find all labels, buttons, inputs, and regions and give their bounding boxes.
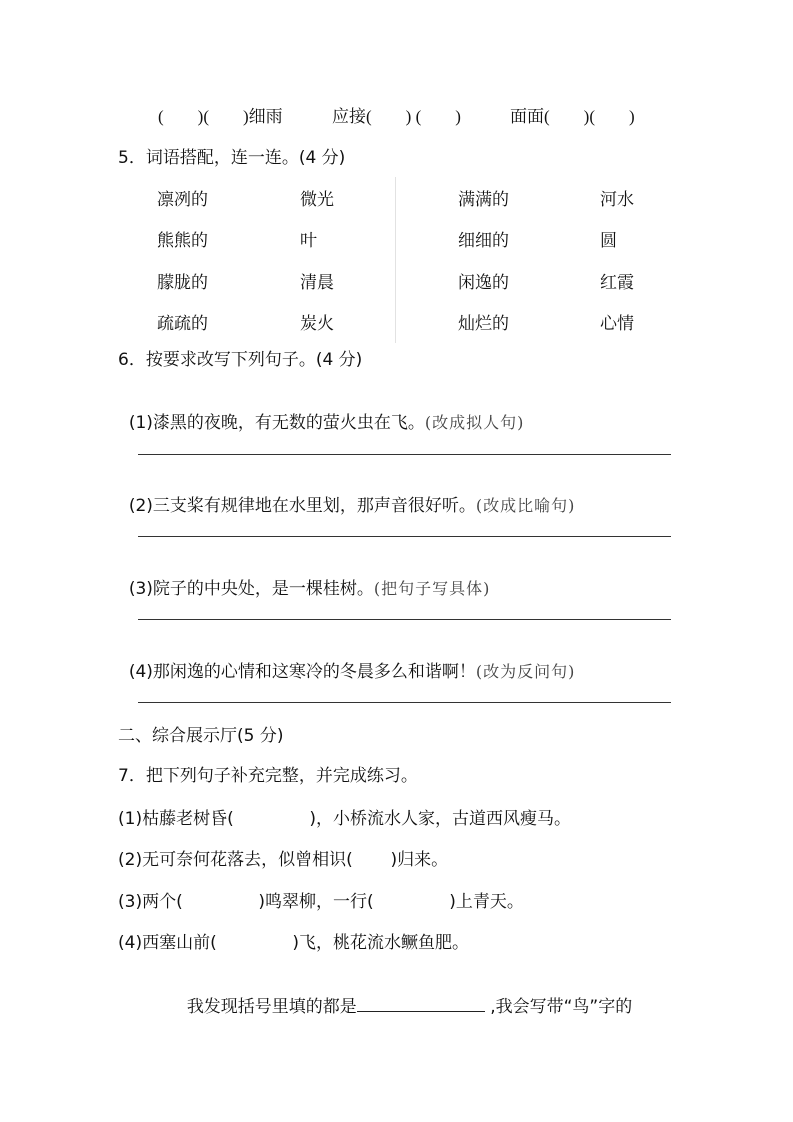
q6-item-1: (1)漆黑的夜晚，有无数的萤火虫在飞。(改成拟人句) bbox=[118, 393, 524, 433]
answer-line-2[interactable] bbox=[138, 536, 671, 537]
column-divider bbox=[395, 177, 396, 343]
q7-discovery-suffix: ,我会写带“鸟”字的 bbox=[485, 997, 632, 1017]
match-left-noun[interactable]: 炭火 bbox=[300, 314, 334, 334]
match-right-noun[interactable]: 河水 bbox=[600, 190, 634, 210]
q6-item-sentence: (3)院子的中央处，是一棵桂树。 bbox=[129, 579, 374, 599]
match-left-adjective[interactable]: 凛冽的 bbox=[157, 190, 208, 210]
match-left-noun[interactable]: 微光 bbox=[300, 190, 334, 210]
q6-item-sentence: (4)那闲逸的心情和这寒冷的冬晨多么和谐啊！ bbox=[129, 662, 476, 682]
section-2-title: 二、综合展示厅(5 分) bbox=[118, 726, 283, 746]
q7-item-1[interactable]: (1)枯藤老树昏( )，小桥流水人家，古道西风瘦马。 bbox=[118, 809, 571, 829]
q6-item-hint: (改成比喻句) bbox=[476, 496, 576, 515]
fill-blank-segment-1: ( )( )细雨 bbox=[158, 107, 283, 127]
q5-title: 5．词语搭配，连一连。(4 分) bbox=[118, 148, 345, 168]
match-right-adjective[interactable]: 细细的 bbox=[458, 231, 509, 251]
match-left-adjective[interactable]: 熊熊的 bbox=[157, 231, 208, 251]
match-right-adjective[interactable]: 满满的 bbox=[458, 190, 509, 210]
q7-title: 7．把下列句子补充完整，并完成练习。 bbox=[118, 766, 418, 786]
match-right-noun[interactable]: 心情 bbox=[600, 314, 634, 334]
q6-item-2: (2)三支桨有规律地在水里划，那声音很好听。(改成比喻句) bbox=[118, 476, 575, 516]
answer-line-1[interactable] bbox=[138, 454, 671, 455]
q6-item-sentence: (1)漆黑的夜晚，有无数的萤火虫在飞。 bbox=[129, 413, 425, 433]
answer-line-4[interactable] bbox=[138, 702, 671, 703]
match-left-noun[interactable]: 叶 bbox=[300, 231, 317, 251]
q6-item-hint: (把句子写具体) bbox=[374, 579, 491, 598]
q7-item-3[interactable]: (3)两个( )鸣翠柳，一行( )上青天。 bbox=[118, 892, 524, 912]
q7-item-4[interactable]: (4)西塞山前( )飞，桃花流水鳜鱼肥。 bbox=[118, 933, 469, 953]
fill-blank-segment-2: 应接( ) ( ) bbox=[332, 107, 461, 127]
match-right-noun[interactable]: 红霞 bbox=[600, 273, 634, 293]
q7-discovery-prefix: 我发现括号里填的都是 bbox=[187, 997, 357, 1017]
q6-item-hint: (改成拟人句) bbox=[425, 413, 525, 432]
q6-title: 6．按要求改写下列句子。(4 分) bbox=[118, 350, 362, 370]
match-right-adjective[interactable]: 闲逸的 bbox=[458, 273, 509, 293]
match-left-adjective[interactable]: 疏疏的 bbox=[157, 314, 208, 334]
q7-item-2[interactable]: (2)无可奈何花落去，似曾相识( )归来。 bbox=[118, 850, 448, 870]
answer-line-3[interactable] bbox=[138, 619, 671, 620]
match-left-adjective[interactable]: 朦胧的 bbox=[157, 273, 208, 293]
q7-discovery: 我发现括号里填的都是 ,我会写带“鸟”字的 bbox=[176, 975, 632, 1017]
q6-item-sentence: (2)三支桨有规律地在水里划，那声音很好听。 bbox=[129, 496, 476, 516]
q6-item-hint: (改为反问句) bbox=[476, 662, 576, 681]
q6-item-3: (3)院子的中央处，是一棵桂树。(把句子写具体) bbox=[118, 559, 490, 599]
match-right-adjective[interactable]: 灿烂的 bbox=[458, 314, 509, 334]
q6-item-4: (4)那闲逸的心情和这寒冷的冬晨多么和谐啊！(改为反问句) bbox=[118, 642, 575, 682]
fill-blank-segment-3: 面面( )( ) bbox=[510, 107, 635, 127]
match-right-noun[interactable]: 圆 bbox=[600, 231, 617, 251]
match-left-noun[interactable]: 清晨 bbox=[300, 273, 334, 293]
q7-discovery-blank[interactable] bbox=[357, 995, 485, 1012]
